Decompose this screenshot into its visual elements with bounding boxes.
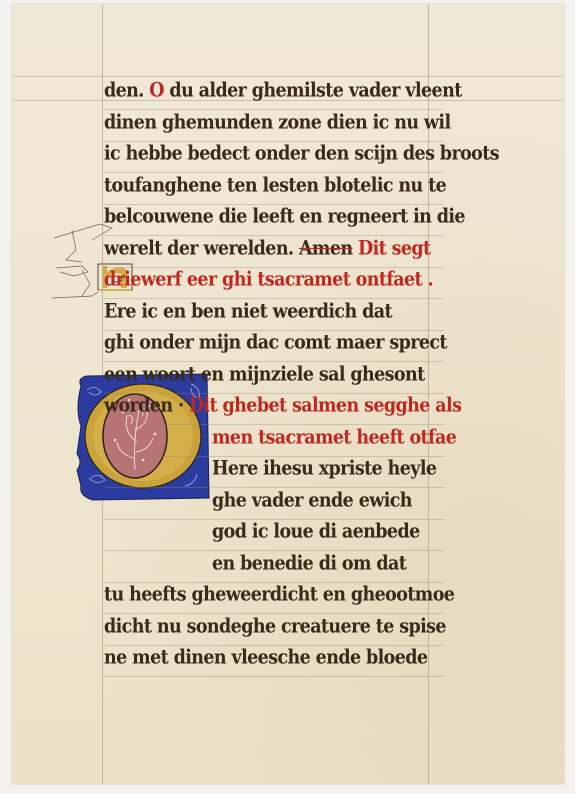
text-segment: ne met dinen vleesche ende bloede bbox=[104, 647, 427, 669]
text-line: en benedie di om dat bbox=[104, 547, 444, 582]
text-segment: ghe vader ende ewich bbox=[212, 489, 412, 511]
text-line: dicht nu sondeghe creatuere te spise bbox=[104, 610, 444, 645]
rubric-segment: men tsacramet heeft otfae bbox=[212, 426, 456, 448]
text-line: ghe vader ende ewich bbox=[104, 484, 444, 519]
text-line: Ere ic en ben niet weerdich dat bbox=[104, 295, 444, 330]
text-line: tu heefts gheweerdicht en gheootmoe bbox=[104, 578, 444, 613]
text-segment: ic hebbe bedect onder den scijn des broo… bbox=[104, 143, 499, 165]
text-segment: en benedie di om dat bbox=[212, 552, 406, 574]
text-segment: den. bbox=[104, 80, 149, 102]
text-segment: een woort en mijnziele sal ghesont bbox=[104, 363, 425, 385]
text-segment: toufanghene ten lesten blotelic nu te bbox=[104, 174, 446, 196]
text-line: dinen ghemunden zone dien ic nu wil bbox=[104, 106, 444, 141]
text-segment: dinen ghemunden zone dien ic nu wil bbox=[104, 111, 451, 133]
text-line: Here ihesu xpriste heyle bbox=[104, 452, 444, 487]
rubric-segment: Dit segt bbox=[353, 237, 431, 259]
text-line: den. O du alder ghemilste vader vleent bbox=[104, 74, 444, 109]
text-segment: worden · bbox=[104, 395, 189, 417]
text-segment: Here ihesu xpriste heyle bbox=[212, 458, 436, 480]
text-line: worden · Dit ghebet salmen segghe als bbox=[104, 389, 444, 424]
text-segment: belcouwene die leeft en regneert in die bbox=[104, 206, 465, 228]
text-segment: werelt der werelden. bbox=[104, 237, 299, 259]
text-line: ic hebbe bedect onder den scijn des broo… bbox=[104, 137, 444, 172]
rubric-segment: O bbox=[149, 80, 164, 102]
text-line: belcouwene die leeft en regneert in die bbox=[104, 200, 444, 235]
rubric-segment: Dit ghebet salmen segghe als bbox=[189, 395, 461, 417]
text-line: men tsacramet heeft otfae bbox=[104, 421, 444, 456]
text-segment: Ere ic en ben niet weerdich dat bbox=[104, 300, 392, 322]
manuscript-text: den. O du alder ghemilste vader vleentdi… bbox=[104, 78, 444, 677]
text-segment: dicht nu sondeghe creatuere te spise bbox=[104, 615, 446, 637]
text-line: god ic loue di aenbede bbox=[104, 515, 444, 550]
text-segment: ghi onder mijn dac comt maer sprect bbox=[104, 332, 447, 354]
text-segment: tu heefts gheweerdicht en gheootmoe bbox=[104, 584, 454, 606]
text-line: werelt der werelden. Amen Dit segt bbox=[104, 232, 444, 267]
text-line: ne met dinen vleesche ende bloede bbox=[104, 641, 444, 676]
text-line: een woort en mijnziele sal ghesont bbox=[104, 358, 444, 393]
text-line: ghi onder mijn dac comt maer sprect bbox=[104, 326, 444, 361]
text-line: toufanghene ten lesten blotelic nu te bbox=[104, 169, 444, 204]
rubric-segment: driewerf eer ghi tsacramet ontfaet . bbox=[104, 269, 433, 291]
text-segment: du alder ghemilste vader vleent bbox=[164, 80, 462, 102]
rubric-segment: Amen bbox=[299, 237, 353, 259]
text-segment: god ic loue di aenbede bbox=[212, 521, 420, 543]
text-line: driewerf eer ghi tsacramet ontfaet . bbox=[104, 263, 444, 298]
